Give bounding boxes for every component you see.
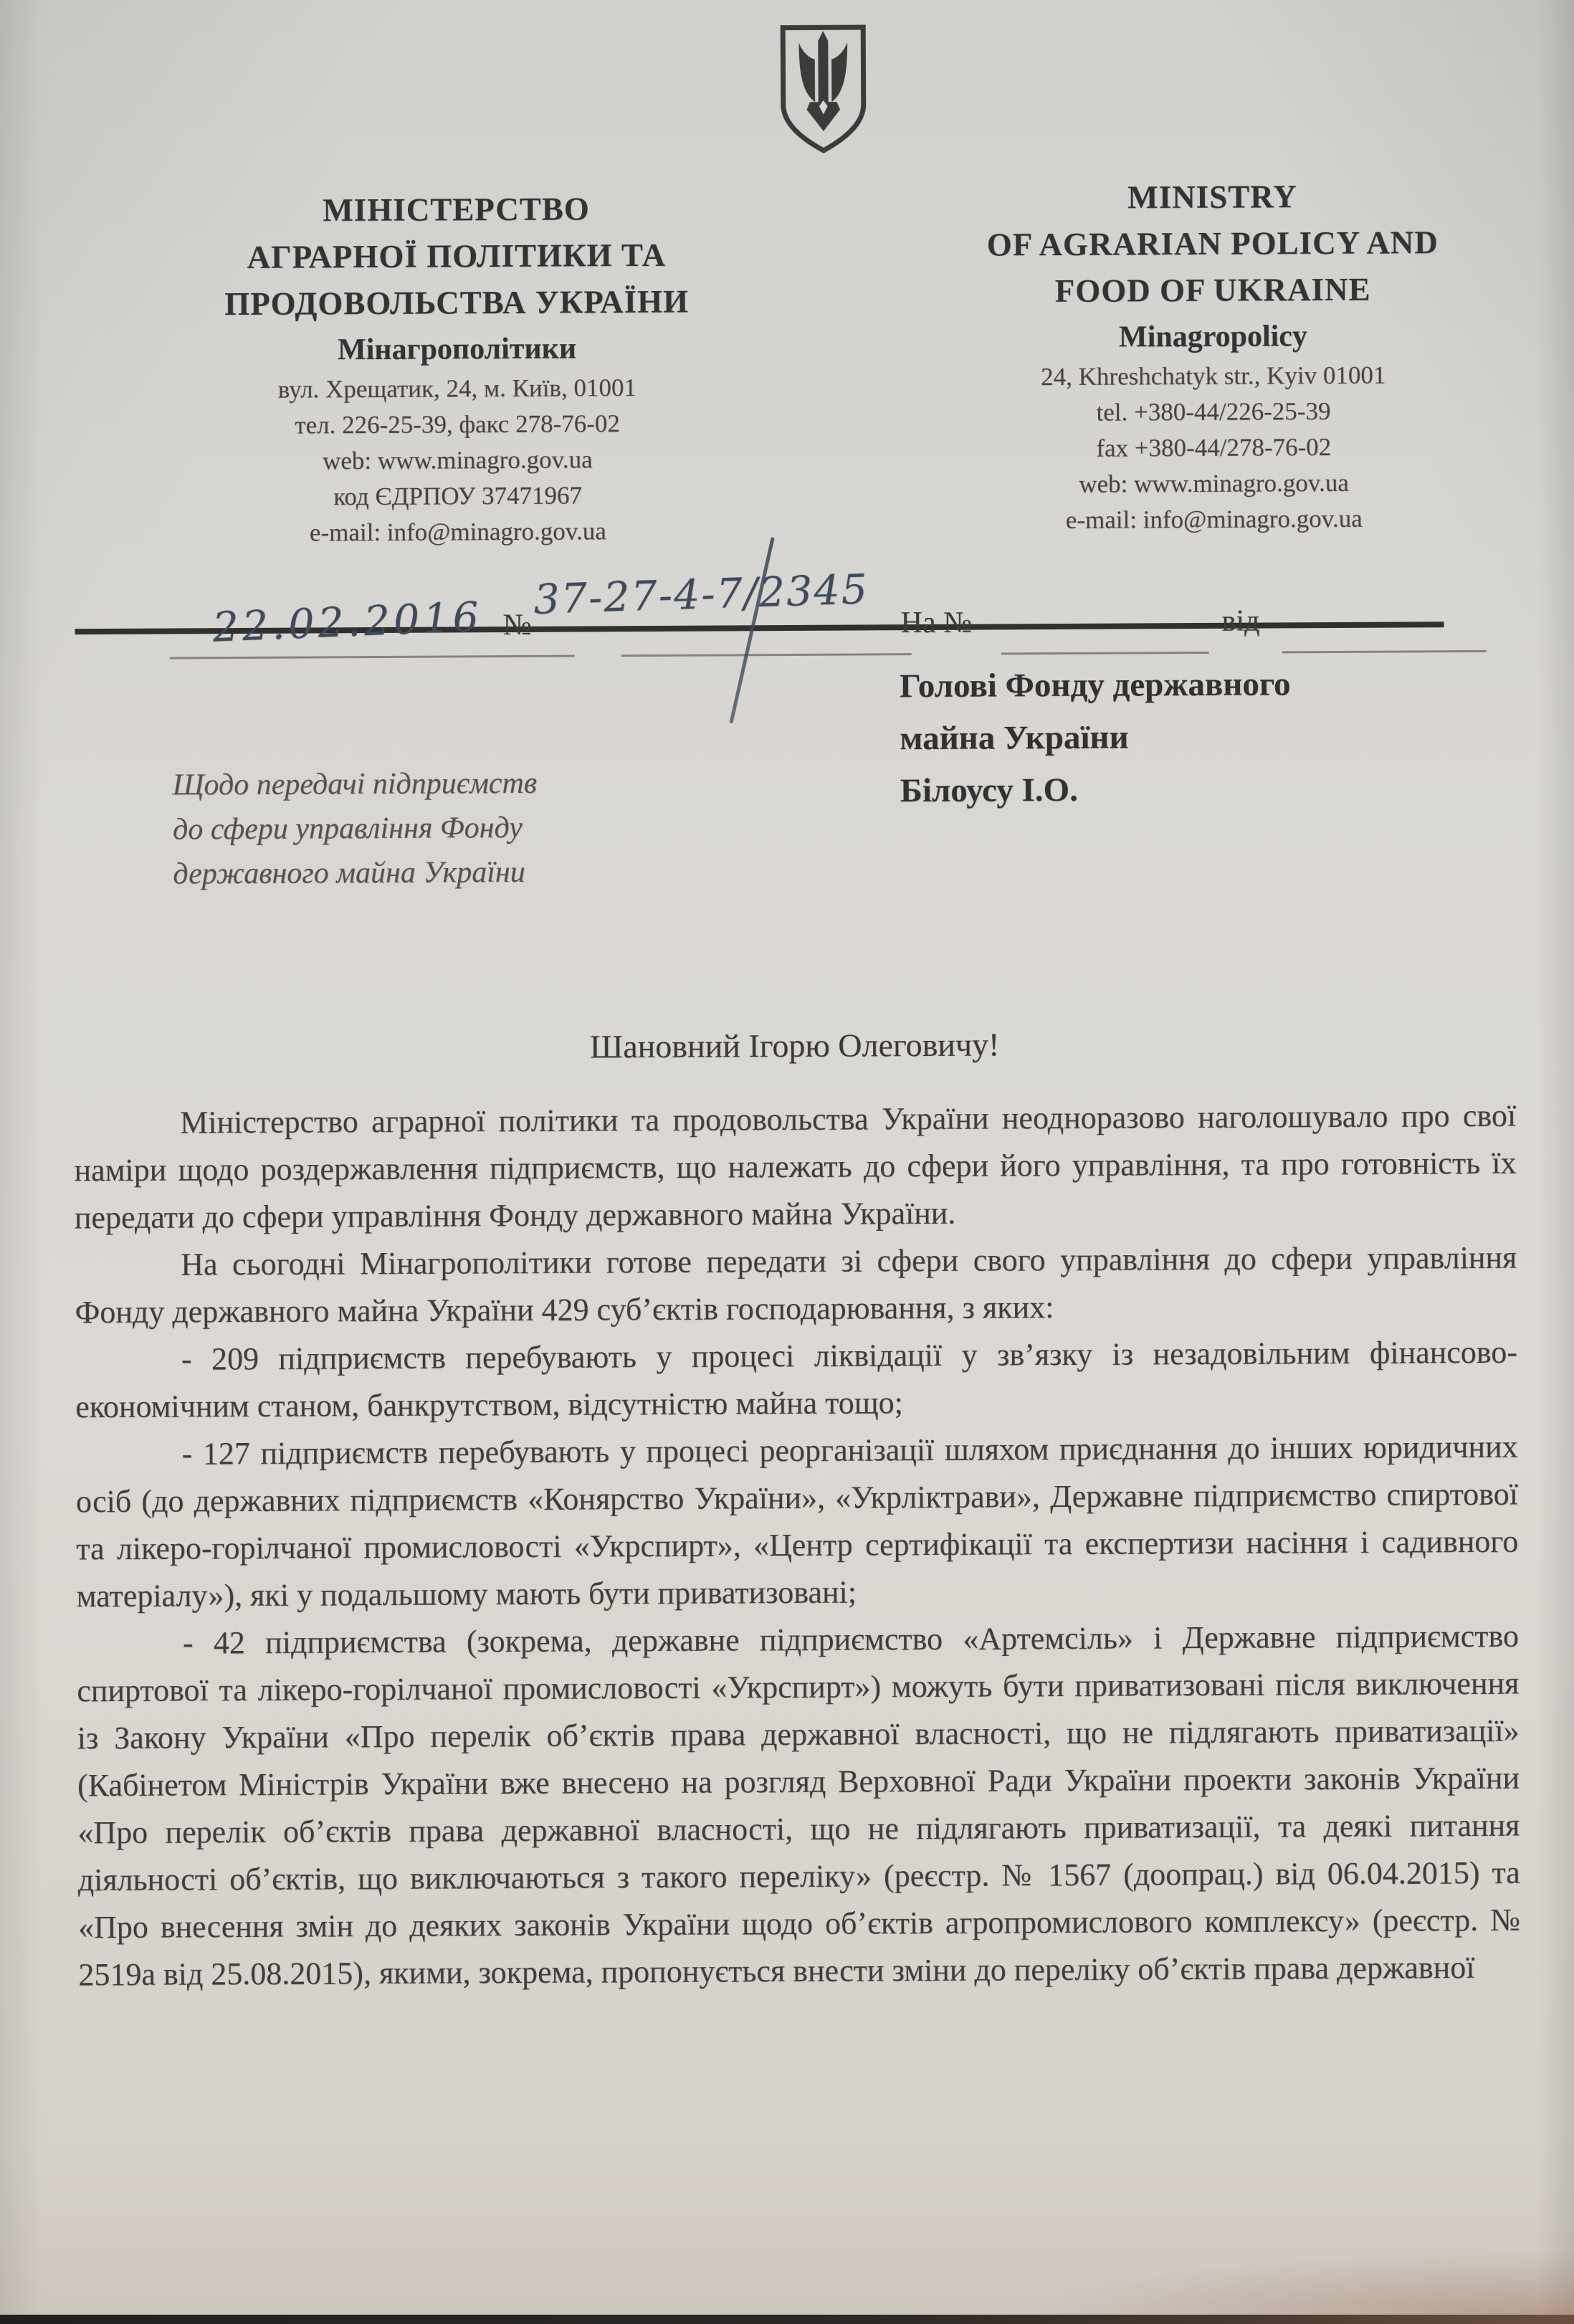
ministry-contacts-uk: вул. Хрещатик, 24, м. Київ, 01001 тел. 2…: [117, 369, 798, 552]
date-blank-line: [170, 652, 575, 659]
subject-line3: державного майна України: [173, 850, 538, 897]
addressee-line1: Голові Фонду державного: [900, 658, 1291, 713]
ministry-short-name-uk: Мінагрополітики: [116, 326, 797, 373]
handwritten-date: 22.02.2016: [211, 594, 483, 652]
handwritten-outgoing-number: 37-27-4-7/2345: [533, 566, 869, 624]
address-line-uk: вул. Хрещатик, 24, м. Київ, 01001: [117, 369, 798, 409]
web-line-en: web: www.minagro.gov.ua: [905, 465, 1522, 504]
ministry-name-en: MINISTRY OF AGRARIAN POLICY AND FOOD OF …: [904, 173, 1521, 316]
table-surface-edge: [0, 2315, 1574, 2324]
edrpou-code-line: код ЄДРПОУ 37471967: [117, 477, 798, 516]
letterhead-english: MINISTRY OF AGRARIAN POLICY AND FOOD OF …: [904, 173, 1522, 539]
phone-line-en: tel. +380-44/226-25-39: [905, 393, 1522, 432]
incoming-number-label: На №: [900, 606, 972, 641]
ministry-contacts-en: 24, Khreshchatyk str., Kyiv 01001 tel. +…: [905, 357, 1522, 539]
subject-line1: Щодо передачі підприємств: [173, 761, 538, 808]
number-sign: №: [502, 608, 531, 642]
ministry-name-en-line3: FOOD OF UKRAINE: [905, 266, 1521, 316]
table-surface-corner: [1015, 2250, 1574, 2318]
email-line-uk: e-mail: info@minagro.gov.ua: [118, 513, 798, 552]
scanned-letter-page: МІНІСТЕРСТВО АГРАРНОЇ ПОЛІТИКИ ТА ПРОДОВ…: [0, 0, 1574, 2324]
number-blank-line: [621, 650, 912, 657]
subject-line2: до сфери управління Фонду: [173, 806, 538, 852]
web-line-uk: web: www.minagro.gov.ua: [117, 441, 798, 480]
ministry-name-uk-line3: ПРОДОВОЛЬСТВА УКРАЇНИ: [116, 278, 797, 328]
paragraph-42-privatization: - 42 підприємства (зокрема, державне під…: [77, 1613, 1521, 1999]
incoming-date-blank-line: [1282, 647, 1487, 653]
fax-line-en: fax +380-44/278-76-02: [905, 429, 1522, 468]
addressee-line3: Білоусу І.О.: [900, 763, 1292, 817]
trident-emblem: [773, 11, 874, 168]
paragraph-intentions: Міністерство аграрної політики та продов…: [74, 1092, 1517, 1242]
paragraph-209-liquidation: - 209 підприємств перебувають у процесі …: [75, 1329, 1518, 1432]
ministry-short-name-en: Minagropolicy: [905, 314, 1521, 361]
paragraph-127-reorganization: - 127 підприємств перебувають у процесі …: [75, 1424, 1518, 1621]
ministry-name-uk-line1: МІНІСТЕРСТВО: [115, 185, 796, 235]
address-line-en: 24, Khreshchatyk str., Kyiv 01001: [905, 357, 1522, 396]
ministry-name-en-line1: MINISTRY: [904, 173, 1520, 223]
ministry-name-uk: МІНІСТЕРСТВО АГРАРНОЇ ПОЛІТИКИ ТА ПРОДОВ…: [115, 185, 797, 328]
trident-glyph: [798, 31, 847, 131]
addressee-line2: майна України: [900, 710, 1291, 765]
paragraph-429-entities: На сьогодні Мінагрополітики готове перед…: [75, 1234, 1517, 1337]
ministry-name-uk-line2: АГРАРНОЇ ПОЛІТИКИ ТА: [116, 232, 797, 282]
incoming-date-label: від: [1221, 604, 1259, 639]
email-line-en: e-mail: info@minagro.gov.ua: [906, 500, 1522, 540]
salutation: Шановний Ігорю Олеговичу!: [74, 1023, 1516, 1069]
ministry-name-en-line2: OF AGRARIAN POLICY AND: [905, 219, 1521, 270]
incoming-number-blank-line: [1001, 649, 1209, 655]
addressee-block: Голові Фонду державного майна України Бі…: [900, 658, 1292, 817]
subject-block: Щодо передачі підприємств до сфери управ…: [173, 761, 538, 897]
letterhead-ukrainian: МІНІСТЕРСТВО АГРАРНОЇ ПОЛІТИКИ ТА ПРОДОВ…: [115, 185, 798, 552]
letter-content: МІНІСТЕРСТВО АГРАРНОЇ ПОЛІТИКИ ТА ПРОДОВ…: [0, 0, 1574, 2324]
phone-fax-line-uk: тел. 226-25-39, факс 278-76-02: [117, 405, 798, 444]
letter-body: Шановний Ігорю Олеговичу! Міністерство а…: [73, 1009, 1520, 1999]
